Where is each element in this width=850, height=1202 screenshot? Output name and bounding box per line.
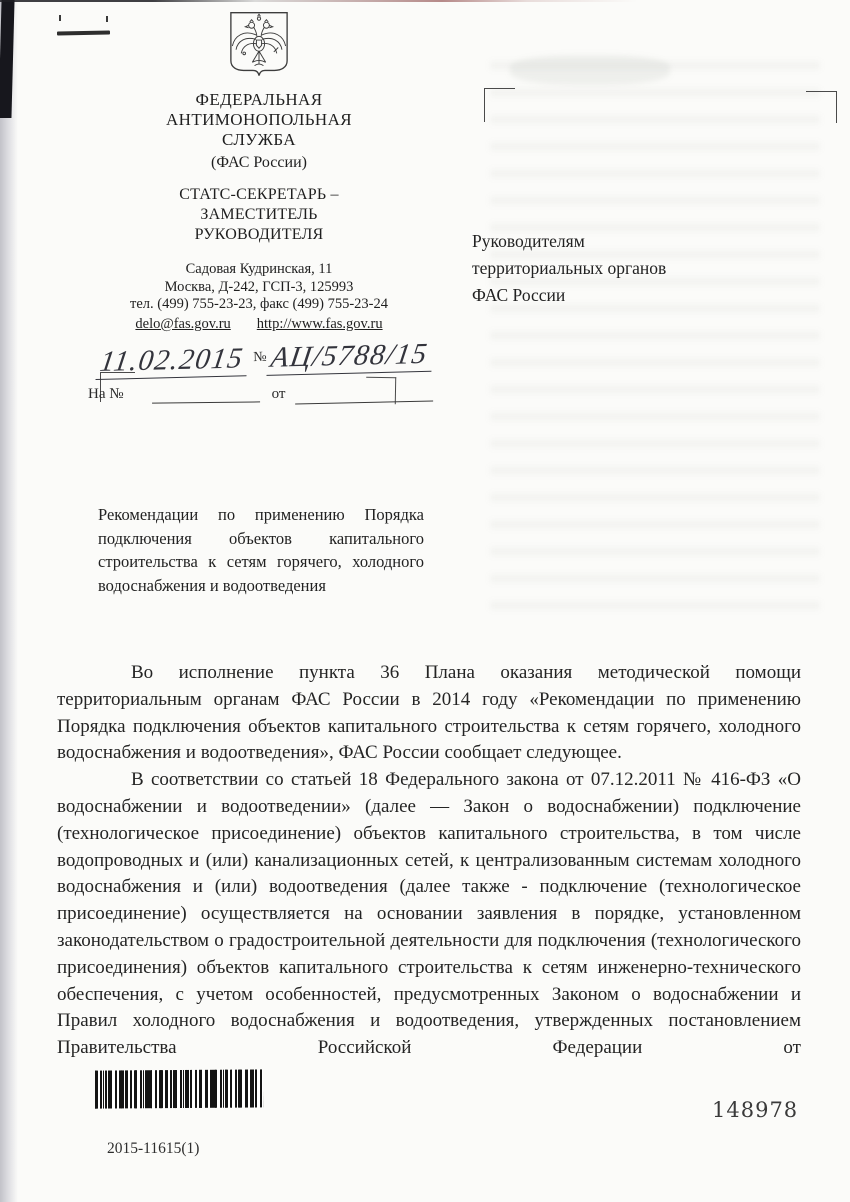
blank-underline bbox=[295, 387, 433, 404]
reply-label: На № bbox=[88, 386, 124, 402]
org-name-line3: СЛУЖБА bbox=[88, 130, 430, 150]
registration-mark bbox=[59, 15, 61, 21]
corner-bracket bbox=[806, 91, 837, 123]
body-paragraph-1: Во исполнение пункта 36 Плана оказания м… bbox=[57, 660, 801, 767]
registration-stamp-number: 148978 bbox=[712, 1098, 798, 1122]
recipient-line3: ФАС России bbox=[472, 282, 666, 309]
scan-bleedthrough bbox=[490, 50, 820, 610]
outgoing-reference-row: 11.02.2015№АЦ/5788/15 bbox=[88, 337, 431, 379]
handwritten-date: 11.02.2015 bbox=[95, 342, 251, 380]
letterhead: ФЕДЕРАЛЬНАЯ АНТИМОНОПОЛЬНАЯ СЛУЖБА (ФАС … bbox=[88, 8, 430, 403]
website-text: http://www.fas.gov.ru bbox=[257, 315, 383, 333]
subject-annotation: Рекомендации по применению Порядка подкл… bbox=[98, 503, 424, 597]
coat-of-arms-icon bbox=[222, 8, 296, 84]
blank-underline bbox=[151, 388, 259, 403]
letter-body: Во исполнение пункта 36 Плана оказания м… bbox=[57, 660, 801, 1062]
address-block: Садовая Кудринская, 11 Москва, Д-242, ГС… bbox=[88, 261, 430, 333]
org-short-name: (ФАС России) bbox=[88, 153, 430, 172]
scan-bleedthrough bbox=[510, 55, 670, 85]
recipient-line2: территориальных органов bbox=[472, 255, 666, 282]
scan-edge-top bbox=[0, 0, 850, 2]
org-name-line1: ФЕДЕРАЛЬНАЯ bbox=[88, 90, 430, 110]
corner-bracket bbox=[484, 88, 515, 122]
email-text: delo@fas.gov.ru bbox=[135, 315, 230, 333]
reply-reference-row: На №от bbox=[88, 386, 430, 403]
from-label: от bbox=[272, 386, 286, 402]
body-paragraph-2: В соответствии со статьей 18 Федеральног… bbox=[57, 767, 801, 1062]
number-sign: № bbox=[253, 349, 267, 365]
org-name-line2: АНТИМОНОПОЛЬНАЯ bbox=[88, 110, 430, 130]
recipient-line1: Руководителям bbox=[472, 228, 666, 255]
recipient-block: Руководителям территориальных органов ФА… bbox=[472, 228, 666, 309]
document-code: 2015-11615(1) bbox=[107, 1140, 199, 1158]
signer-position: СТАТС-СЕКРЕТАРЬ – ЗАМЕСТИТЕЛЬ РУКОВОДИТЕ… bbox=[88, 185, 430, 245]
scanned-letter-page: ФЕДЕРАЛЬНАЯ АНТИМОНОПОЛЬНАЯ СЛУЖБА (ФАС … bbox=[0, 0, 850, 1202]
handwritten-number: АЦ/5788/15 bbox=[266, 337, 436, 375]
scan-edge-shadow bbox=[0, 0, 18, 1202]
barcode-icon bbox=[95, 1069, 263, 1108]
